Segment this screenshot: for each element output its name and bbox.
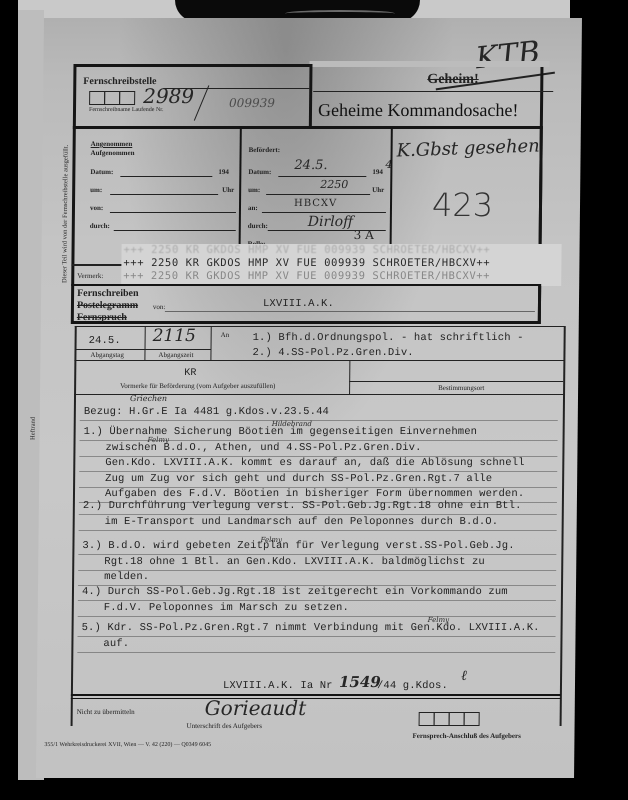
dispatch-time-label: Abgangszeit [158, 351, 193, 359]
received-title-1: Angenommen [91, 140, 133, 148]
body-line: Aufgaben des F.d.V. Böotien in bisherige… [105, 488, 524, 500]
ruled-line [80, 420, 558, 421]
received-year: 194 [218, 168, 229, 176]
serial-label: Fernschreibname Laufende Nr. [89, 107, 164, 113]
forwarded-date-line [278, 176, 366, 177]
routing-div [349, 360, 350, 394]
vermerk-label: Vermerk: [77, 272, 103, 280]
forwarded-role-value: 3 A [354, 228, 374, 242]
forwarded-time-label: um: [248, 186, 260, 194]
margin-note-body: Heftrand [30, 417, 37, 440]
forwarded-date-label: Datum: [248, 168, 271, 176]
received-date-label: Datum: [90, 168, 113, 176]
forwarded-to-label: an: [248, 204, 258, 212]
body-line: 3.) B.d.O. wird gebeten Zeitplan für Ver… [82, 540, 514, 552]
dispatch-right [560, 326, 566, 726]
strip-rule [71, 264, 123, 266]
forwarded-to-line [262, 212, 386, 213]
body-line: melden. [104, 571, 149, 583]
body-line: 2.) Durchführung Verlegung verst. SS-Pol… [83, 500, 522, 512]
body-line: F.d.V. Peloponnes im Marsch zu setzen. [104, 602, 349, 614]
received-title-2: Aufgenommen [91, 149, 135, 157]
dispatch-bottom [74, 360, 564, 361]
body-line: 5.) Kdr. SS-Pol.Pz.Gren.Rgt.7 nimmt Verb… [82, 622, 540, 634]
dispatch-div-1 [144, 326, 145, 360]
ruled-line [77, 636, 555, 637]
sig-line-prefix: LXVIII.A.K. Ia Nr [223, 680, 333, 692]
dispatch-frame [75, 326, 565, 327]
forwarded-by-label: durch: [248, 222, 268, 230]
routing-dest-rule [349, 381, 563, 382]
sig-line-number: 1549 [339, 673, 381, 691]
print-info: 355/1 Wehrkreisdruckerei XVII, Wien — V.… [44, 742, 211, 748]
handwritten-number: 423 [432, 186, 493, 224]
body-line: 4.) Durch SS-Pol.Geb.Jg.Rgt.18 ist zeitg… [82, 586, 508, 598]
recipient-1: 1.) Bfh.d.Ordnungspol. - hat schriftlich… [253, 332, 524, 344]
classification-title: Geheime Kommandosache! [318, 100, 519, 121]
received-from-line [110, 212, 236, 213]
type-fernschreiben: Fernschreiben [77, 288, 139, 299]
margin-annotation: Felmy [260, 536, 282, 544]
routing-notes-label: Vormerke für Beförderung (vom Aufgeber a… [120, 382, 275, 390]
forwarded-title: Befördert: [249, 146, 281, 154]
annotation-griechen: Griechen [130, 394, 167, 403]
type-from-value: LXVIII.A.K. [263, 298, 334, 310]
double-rule [71, 694, 561, 699]
header-divider [73, 126, 543, 129]
received-time-label: um: [90, 186, 102, 194]
routing-priority: KR [184, 368, 196, 379]
margin-note-station: Dieser Teil wird von der Fernschreibstel… [61, 145, 69, 283]
received-by-label: durch: [90, 222, 110, 230]
dispatch-div-2 [210, 326, 211, 360]
ruled-line [78, 570, 556, 571]
ruled-line [78, 616, 556, 617]
forwarded-to-value: HBCXV [294, 198, 337, 209]
serial-handwritten: 2989 [143, 84, 194, 108]
routing-destination-label: Bestimmungsort [438, 384, 484, 392]
forwarded-date-value: 24.5. [294, 158, 327, 173]
forwarded-by-value: Dirloff [308, 214, 353, 230]
margin-annotation: Hildebrand [272, 420, 312, 428]
received-date-line [120, 176, 212, 177]
phone-label: Fernsprech-Anschluß des Aufgebers [412, 732, 520, 740]
serial-stamped: 009939 [229, 96, 275, 110]
body-line: auf. [103, 638, 129, 650]
strip-ghost-bottom: +++ 2250 KR GKDOS HMP XV FUE 009939 SCHR… [123, 270, 490, 282]
station-frame-right-cover [309, 61, 549, 67]
dispatch-time-value: 2115 [153, 326, 196, 346]
dispatch-day-label: Abgangstag [90, 351, 124, 359]
type-fernspruch: Fernspruch [77, 312, 127, 323]
dispatch-label-rule [75, 349, 211, 350]
body-line: Gen.Kdo. LXVIII.A.K. kommt es darauf an,… [105, 457, 524, 469]
dispatch-to-label: An [221, 331, 230, 339]
signature: Gorieaudt [205, 696, 307, 720]
body-line: im E-Transport und Landmarsch auf den Pe… [105, 516, 499, 528]
ruled-line [77, 652, 555, 653]
classification-rule [313, 91, 553, 92]
received-time-unit: Uhr [222, 186, 234, 194]
signature-label: Unterschrift des Aufgebers [187, 722, 263, 730]
received-by-line [114, 230, 236, 231]
received-time-line [110, 194, 218, 195]
message-type-top [71, 284, 541, 286]
sig-line-suffix: /44 g.Kdos. [377, 680, 448, 692]
forwarded-time-value: 2250 [320, 178, 348, 191]
dispatch-day-value: 24.5. [89, 335, 121, 347]
reference-line: Bezug: H.Gr.E Ia 4481 g.Kdos.v.23.5.44 [84, 406, 329, 418]
recipient-2: 2.) 4.SS-Pol.Pz.Gren.Div. [252, 347, 413, 359]
phone-boxes [419, 712, 479, 731]
not-transmit: Nicht zu übermitteln [77, 708, 135, 716]
type-postelegramm: Postelegramm [77, 300, 138, 311]
forwarded-time-line [266, 194, 370, 195]
classification-struck: Geheim! [427, 72, 478, 88]
strip-ghost-top: +++ 2250 KR GKDOS HMP XV FUE 009939 SCHR… [123, 244, 490, 256]
type-from-label: von: [153, 303, 166, 311]
teleprinter-form: KTB Dieser Teil wird von der Fernschreib… [36, 18, 582, 778]
forwarded-time-unit: Uhr [372, 186, 384, 194]
strip-text: +++ 2250 KR GKDOS HMP XV FUE 009939 SCHR… [123, 257, 490, 269]
body-line: Rgt.18 ohne 1 Btl. an Gen.Kdo. LXVIII.A.… [104, 556, 485, 568]
margin-annotation: Felmy [428, 616, 450, 624]
dispatch-left [71, 326, 77, 726]
type-from-line [165, 311, 535, 312]
body-line: Zug um Zug vor sich geht und durch SS-Po… [105, 473, 492, 485]
ruled-line [79, 530, 557, 531]
margin-annotation: Felmy [148, 436, 170, 444]
initials-stroke: ℓ [461, 668, 467, 685]
forwarded-year: 194 [372, 168, 383, 176]
received-from-label: von: [90, 204, 103, 212]
